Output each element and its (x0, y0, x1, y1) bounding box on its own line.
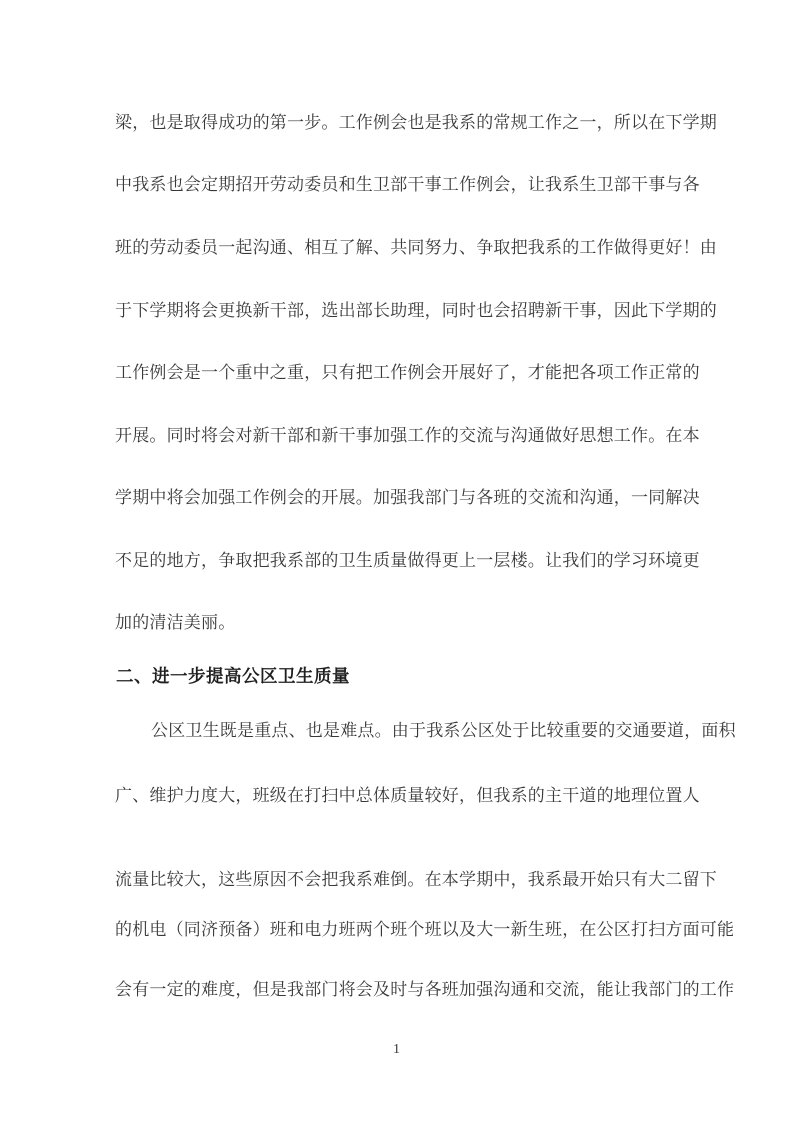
text-line: 班的劳动委员一起沟通、相互了解、共同努力、争取把我系的工作做得更好！由 (115, 236, 717, 260)
document-page: 梁，也是取得成功的第一步。工作例会也是我系的常规工作之一，所以在下学期 中我系也… (0, 0, 793, 1122)
text-line: 的机电（同济预备）班和电力班两个班个班以及大一新生班，在公区打扫方面可能 (115, 918, 734, 942)
text-line: 中我系也会定期招开劳动委员和生卫部干事工作例会，让我系生卫部干事与各 (115, 173, 700, 197)
text-line: 开展。同时将会对新干部和新干事加强工作的交流与沟通做好思想工作。在本 (115, 424, 700, 448)
text-line: 不足的地方，争取把我系部的卫生质量做得更上一层楼。让我们的学习环境更 (115, 549, 700, 573)
text-line: 流量比较大，这些原因不会把我系难倒。在本学期中，我系最开始只有大二留下 (115, 868, 717, 892)
section-heading: 二、进一步提高公区卫生质量 (116, 664, 350, 688)
text-line: 梁，也是取得成功的第一步。工作例会也是我系的常规工作之一，所以在下学期 (115, 111, 717, 135)
text-line: 工作例会是一个重中之重，只有把工作例会开展好了，才能把各项工作正常的 (115, 361, 700, 385)
page-number: 1 (0, 1042, 793, 1058)
text-line: 广、维护力度大，班级在打扫中总体质量较好，但我系的主干道的地理位置人 (115, 784, 700, 808)
text-line: 加的清洁美丽。 (115, 611, 235, 635)
text-line: 公区卫生既是重点、也是难点。由于我系公区处于比较重要的交通要道，面积 (115, 719, 736, 743)
text-line: 于下学期将会更换新干部，选出部长助理，同时也会招聘新干事，因此下学期的 (115, 299, 717, 323)
text-line: 学期中将会加强工作例会的开展。加强我部门与各班的交流和沟通，一同解决 (115, 486, 700, 510)
text-line: 会有一定的难度，但是我部门将会及时与各班加强沟通和交流，能让我部门的工作 (115, 978, 734, 1002)
